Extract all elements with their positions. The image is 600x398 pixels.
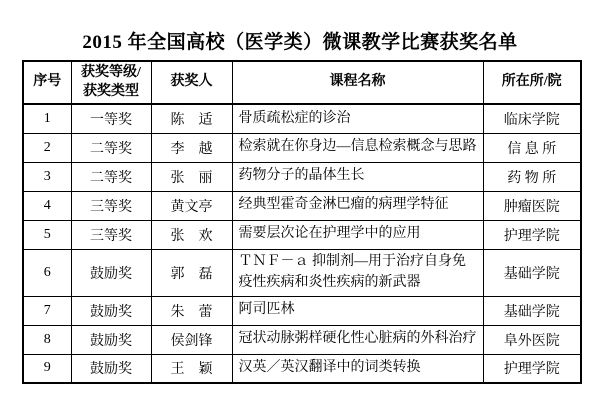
cell-award-level: 三等奖: [71, 191, 151, 220]
document-page: 2015 年全国高校（医学类）微课教学比赛获奖名单 序号 获奖等级/ 获奖类型 …: [0, 0, 600, 398]
table-row: 9 鼓励奖 王 颖 汉英／英汉翻译中的词类转换 护理学院: [23, 354, 581, 383]
cell-institute: 信 息 所: [483, 133, 581, 162]
cell-winner: 黄文亭: [151, 191, 232, 220]
header-course-name: 课程名称: [232, 61, 483, 104]
award-table: 序号 获奖等级/ 获奖类型 获奖人 课程名称 所在所/院 1 一等奖 陈 适 骨…: [22, 60, 582, 384]
cell-course-name: 经典型霍奇金淋巴瘤的病理学特征: [232, 191, 483, 220]
cell-institute: 临床学院: [483, 104, 581, 133]
cell-winner: 张 丽: [151, 162, 232, 191]
table-row: 7 鼓励奖 朱 蕾 阿司匹林 基础学院: [23, 296, 581, 325]
cell-winner: 张 欢: [151, 220, 232, 249]
cell-course-name: 骨质疏松症的诊治: [232, 104, 483, 133]
cell-serial: 3: [23, 162, 71, 191]
cell-award-level: 一等奖: [71, 104, 151, 133]
header-serial-number: 序号: [23, 61, 71, 104]
cell-course-name: 检索就在你身边—信息检索概念与思路: [232, 133, 483, 162]
cell-institute: 基础学院: [483, 296, 581, 325]
cell-serial: 5: [23, 220, 71, 249]
table-header-row: 序号 获奖等级/ 获奖类型 获奖人 课程名称 所在所/院: [23, 61, 581, 104]
header-winner: 获奖人: [151, 61, 232, 104]
header-institute: 所在所/院: [483, 61, 581, 104]
cell-institute: 基础学院: [483, 249, 581, 296]
cell-serial: 8: [23, 325, 71, 354]
cell-course-name: 汉英／英汉翻译中的词类转换: [232, 354, 483, 383]
cell-course-name: 药物分子的晶体生长: [232, 162, 483, 191]
table-row: 8 鼓励奖 侯剑锋 冠状动脉粥样硬化性心脏病的外科治疗 阜外医院: [23, 325, 581, 354]
table-row: 6 鼓励奖 郭 磊 ＴＮＦ－ａ 抑制剂—用于治疗自身免疫性疾病和炎性疾病的新武器…: [23, 249, 581, 296]
cell-award-level: 鼓励奖: [71, 354, 151, 383]
cell-serial: 9: [23, 354, 71, 383]
cell-course-name: 冠状动脉粥样硬化性心脏病的外科治疗: [232, 325, 483, 354]
table-row: 2 二等奖 李 越 检索就在你身边—信息检索概念与思路 信 息 所: [23, 133, 581, 162]
cell-course-name: 阿司匹林: [232, 296, 483, 325]
cell-serial: 2: [23, 133, 71, 162]
cell-award-level: 三等奖: [71, 220, 151, 249]
table-row: 5 三等奖 张 欢 需要层次论在护理学中的应用 护理学院: [23, 220, 581, 249]
cell-serial: 7: [23, 296, 71, 325]
cell-award-level: 二等奖: [71, 162, 151, 191]
table-row: 3 二等奖 张 丽 药物分子的晶体生长 药 物 所: [23, 162, 581, 191]
cell-winner: 侯剑锋: [151, 325, 232, 354]
cell-winner: 王 颖: [151, 354, 232, 383]
cell-award-level: 鼓励奖: [71, 249, 151, 296]
cell-award-level: 鼓励奖: [71, 296, 151, 325]
cell-winner: 郭 磊: [151, 249, 232, 296]
cell-institute: 护理学院: [483, 220, 581, 249]
header-award-level: 获奖等级/ 获奖类型: [71, 61, 151, 104]
cell-course-name: ＴＮＦ－ａ 抑制剂—用于治疗自身免疫性疾病和炎性疾病的新武器: [232, 249, 483, 296]
cell-winner: 李 越: [151, 133, 232, 162]
table-row: 1 一等奖 陈 适 骨质疏松症的诊治 临床学院: [23, 104, 581, 133]
cell-winner: 朱 蕾: [151, 296, 232, 325]
cell-serial: 4: [23, 191, 71, 220]
cell-award-level: 二等奖: [71, 133, 151, 162]
cell-winner: 陈 适: [151, 104, 232, 133]
cell-serial: 6: [23, 249, 71, 296]
cell-award-level: 鼓励奖: [71, 325, 151, 354]
cell-institute: 护理学院: [483, 354, 581, 383]
page-title: 2015 年全国高校（医学类）微课教学比赛获奖名单: [0, 27, 600, 54]
cell-serial: 1: [23, 104, 71, 133]
table-row: 4 三等奖 黄文亭 经典型霍奇金淋巴瘤的病理学特征 肿瘤医院: [23, 191, 581, 220]
cell-institute: 阜外医院: [483, 325, 581, 354]
cell-institute: 药 物 所: [483, 162, 581, 191]
cell-course-name: 需要层次论在护理学中的应用: [232, 220, 483, 249]
cell-institute: 肿瘤医院: [483, 191, 581, 220]
